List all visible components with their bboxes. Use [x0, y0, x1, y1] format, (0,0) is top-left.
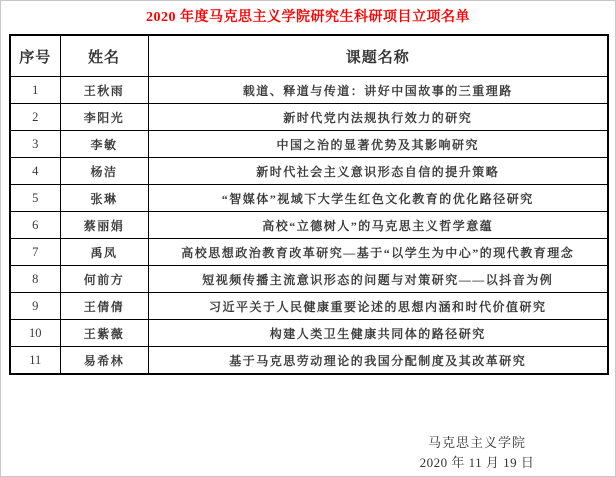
table-row: 5 张琳 “智媒体”视域下大学生红色文化教育的优化路径研究	[10, 185, 608, 212]
table-row: 11 易希林 基于马克思劳动理论的我国分配制度及其改革研究	[10, 347, 608, 375]
cell-topic: 新时代党内法规执行效力的研究	[148, 104, 608, 131]
table-row: 1 王秋雨 载道、释道与传道：讲好中国故事的三重理路	[10, 77, 608, 104]
table-header-row: 序号 姓名 课题名称	[10, 35, 608, 77]
cell-no: 8	[10, 266, 60, 293]
cell-no: 10	[10, 320, 60, 347]
signature-organization: 马克思主义学院	[367, 433, 587, 453]
cell-no: 2	[10, 104, 60, 131]
cell-topic: 新时代社会主义意识形态自信的提升策略	[148, 158, 608, 185]
cell-name: 禹凤	[60, 239, 148, 266]
column-header-topic: 课题名称	[148, 35, 608, 77]
cell-name: 张琳	[60, 185, 148, 212]
cell-topic: 习近平关于人民健康重要论述的思想内涵和时代价值研究	[148, 293, 608, 320]
table-row: 4 杨洁 新时代社会主义意识形态自信的提升策略	[10, 158, 608, 185]
column-header-name: 姓名	[60, 35, 148, 77]
page-title: 2020 年度马克思主义学院研究生科研项目立项名单	[1, 6, 615, 26]
cell-name: 王秋雨	[60, 77, 148, 104]
cell-topic: 载道、释道与传道：讲好中国故事的三重理路	[148, 77, 608, 104]
signature-date: 2020 年 11 月 19 日	[367, 453, 587, 473]
signature-block: 马克思主义学院 2020 年 11 月 19 日	[367, 433, 587, 473]
cell-no: 11	[10, 347, 60, 375]
cell-no: 4	[10, 158, 60, 185]
table-body: 1 王秋雨 载道、释道与传道：讲好中国故事的三重理路 2 李阳光 新时代党内法规…	[10, 77, 608, 375]
column-header-no: 序号	[10, 35, 60, 77]
cell-no: 3	[10, 131, 60, 158]
cell-no: 1	[10, 77, 60, 104]
cell-name: 李阳光	[60, 104, 148, 131]
cell-topic: 构建人类卫生健康共同体的路径研究	[148, 320, 608, 347]
table-row: 7 禹凤 高校思想政治教育改革研究—基于“以学生为中心”的现代教育理念	[10, 239, 608, 266]
cell-name: 王紫薇	[60, 320, 148, 347]
cell-name: 何前方	[60, 266, 148, 293]
cell-no: 9	[10, 293, 60, 320]
cell-name: 蔡丽娟	[60, 212, 148, 239]
table-row: 10 王紫薇 构建人类卫生健康共同体的路径研究	[10, 320, 608, 347]
table-row: 8 何前方 短视频传播主流意识形态的问题与对策研究——以抖音为例	[10, 266, 608, 293]
cell-name: 李敏	[60, 131, 148, 158]
cell-name: 杨洁	[60, 158, 148, 185]
table-row: 6 蔡丽娟 高校“立德树人”的马克思主义哲学意蕴	[10, 212, 608, 239]
project-roster-table: 序号 姓名 课题名称 1 王秋雨 载道、释道与传道：讲好中国故事的三重理路 2 …	[9, 34, 609, 375]
document-page: 2020 年度马克思主义学院研究生科研项目立项名单 序号 姓名 课题名称 1 王…	[0, 0, 616, 477]
cell-no: 6	[10, 212, 60, 239]
cell-topic: 高校思想政治教育改革研究—基于“以学生为中心”的现代教育理念	[148, 239, 608, 266]
cell-name: 王倩倩	[60, 293, 148, 320]
cell-topic: 高校“立德树人”的马克思主义哲学意蕴	[148, 212, 608, 239]
table-row: 2 李阳光 新时代党内法规执行效力的研究	[10, 104, 608, 131]
cell-topic: 短视频传播主流意识形态的问题与对策研究——以抖音为例	[148, 266, 608, 293]
cell-topic: “智媒体”视域下大学生红色文化教育的优化路径研究	[148, 185, 608, 212]
table-row: 9 王倩倩 习近平关于人民健康重要论述的思想内涵和时代价值研究	[10, 293, 608, 320]
cell-topic: 中国之治的显著优势及其影响研究	[148, 131, 608, 158]
cell-topic: 基于马克思劳动理论的我国分配制度及其改革研究	[148, 347, 608, 375]
table-row: 3 李敏 中国之治的显著优势及其影响研究	[10, 131, 608, 158]
cell-no: 5	[10, 185, 60, 212]
cell-no: 7	[10, 239, 60, 266]
cell-name: 易希林	[60, 347, 148, 375]
